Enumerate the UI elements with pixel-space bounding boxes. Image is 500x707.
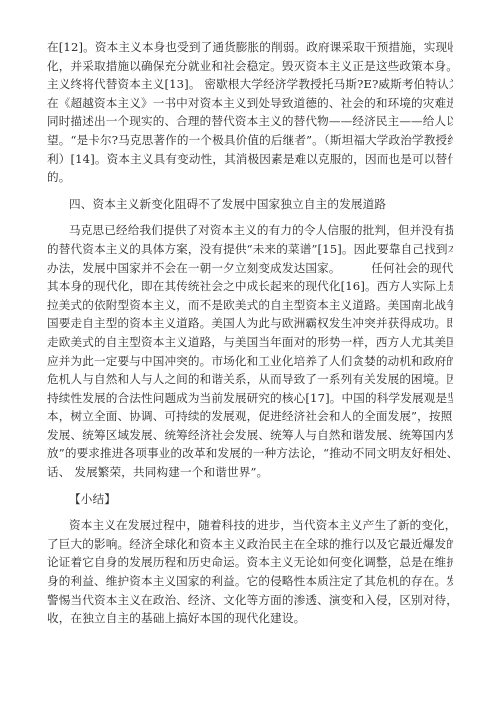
paragraph-development-path: 马克思已经给我们提供了对资本主义的有力的令人信服的批判，但并没有提供任何可行 的… (47, 221, 453, 481)
text-line: 在《超越资本主义》一书中对资本主义到处导致道德的、社会的和环境的灾难进行了分析， (47, 94, 453, 113)
text-line: 办法，发展中国家并不会在一朝一夕立刻变成发达国家。 任何社会的现代化都只能是 (47, 259, 453, 278)
text-line: 话、 发展繁荣，共同构建一个和谐世界”。 (47, 463, 453, 482)
text-line: 利）[14]。资本主义具有变动性，其消极因素是难以克服的，因而也是可以替代的和可… (47, 150, 453, 169)
text-line: 望。“是卡尔?马克思著作的一个极具价值的后继者”。（斯坦福大学政治学教授约翰?F… (47, 131, 453, 150)
paragraph-capitalism-critique: 在[12]。资本主义本身也受到了通货膨胀的削弱。政府课采取干预措施，实现收入的平… (47, 38, 453, 187)
text-line: 在[12]。资本主义本身也受到了通货膨胀的削弱。政府课采取干预措施，实现收入的平… (47, 38, 453, 57)
summary-heading: 【小结】 (47, 490, 453, 509)
text-line: 国要走自主型的资本主义道路。美国人为此与欧洲霸权发生冲突并获得成功。即使中国真要 (47, 314, 453, 333)
text-line: 了巨大的影响。经济全球化和资本主义政治民主在全球的推行以及它最近爆发的经济危机， (47, 535, 453, 554)
text-line: 警惕当代资本主义在政治、经济、文化等方面的渗透、演变和入侵，区别对待，有借鉴的吸 (47, 591, 453, 610)
text-line: 应并为此一定要与中国冲突的。市场化和工业化培养了人们贪婪的动机和政府的手段，已经 (47, 352, 453, 371)
spacer (47, 187, 453, 195)
text-line: 收，在独立自主的基础上搞好本国的现代化建设。 (47, 609, 453, 628)
section-heading: 四、资本主义新变化阻碍不了发展中国家独立自主的发展道路 (47, 195, 453, 214)
spacer (47, 482, 453, 490)
text-line: 身的利益、维护资本主义国家的利益。它的侵略性本质注定了其危机的存在。发展中国家要 (47, 572, 453, 591)
text-line: 走欧美式的自主型资本主义道路，与美国当年面对的形势一样，西方人尤其美国人，不会答 (47, 333, 453, 352)
text-line: 的。 (47, 168, 453, 187)
text-line: 资本主义在发展过程中，随着科技的进步，当代资本主义产生了新的变化，对世界产生 (47, 516, 453, 535)
text-line: 放”的要求推进各项事业的改革和发展的一种方法论，“推动不同文明友好相处、平等对 (47, 444, 453, 463)
text-line: 论证着它自身的发展历程和历史命运。资本主义无论如何变化调整，总是在维护资本主义自 (47, 553, 453, 572)
text-line: 同时描述出一个现实的、合理的替代资本主义的替代物——经济民主——给人以鼓舞和希 (47, 112, 453, 131)
document-page: 在[12]。资本主义本身也受到了通货膨胀的削弱。政府课采取干预措施，实现收入的平… (47, 38, 453, 628)
text-line: 其本身的现代化，即在其传统社会之中成长起来的现代化[16]。西方人实际上是想让中… (47, 277, 453, 296)
text-line: 马克思已经给我们提供了对资本主义的有力的令人信服的批判，但并没有提供任何可行 (47, 221, 453, 240)
text-line: 危机人与自然和人与人之间的和谐关系，从而导致了一系列有关发展的困境。因此，确立可 (47, 370, 453, 389)
spacer (47, 213, 453, 221)
text-line: 拉美式的依附型资本主义，而不是欧美式的自主型资本主义道路。美国南北战争的实质是美 (47, 296, 453, 315)
text-line: 持续性发展的合法性问题成为当前发展研究的核心[17]。中国的科学发展观是坚持以人… (47, 389, 453, 408)
text-line: 本，树立全面、协调、可持续的发展观，促进经济社会和人的全面发展”，按照“统筹城乡 (47, 407, 453, 426)
text-line: 发展、统筹区域发展、统筹经济社会发展、统筹人与自然和谐发展、统筹国内发展和对外开 (47, 426, 453, 445)
paragraph-summary: 资本主义在发展过程中，随着科技的进步，当代资本主义产生了新的变化，对世界产生 了… (47, 516, 453, 628)
text-line: 化，并采取措施以确保充分就业和社会稳定。毁灭资本主义正是这些政策本身。因此，社会 (47, 57, 453, 76)
text-line: 的替代资本主义的具体方案，没有提供“未来的菜谱”[15]。因此要靠自己找到本国发… (47, 240, 453, 259)
spacer (47, 508, 453, 516)
text-line: 主义终将代替资本主义[13]。 密歇根大学经济学教授托马斯?E?威斯考伯特认为，… (47, 75, 453, 94)
